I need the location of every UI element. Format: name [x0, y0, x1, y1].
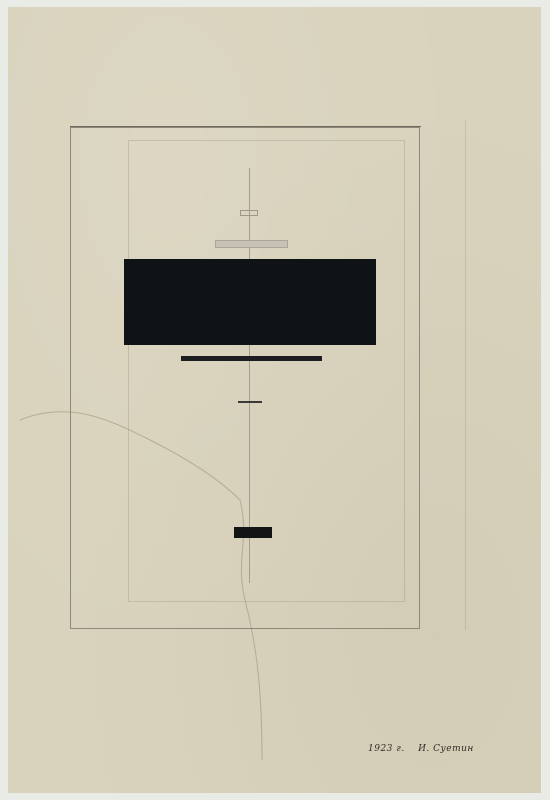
grey-bar	[215, 240, 288, 248]
thin-black-bar	[181, 356, 322, 361]
small-tick	[238, 401, 262, 403]
signature-name: И. Суетин	[418, 744, 474, 754]
vertical-axis-line	[249, 168, 250, 583]
signature: 1923 г. И. Суетин	[368, 744, 484, 754]
small-outline-rectangle	[240, 210, 258, 216]
signature-date: 1923 г.	[368, 744, 405, 754]
paper-crease	[0, 0, 550, 800]
large-black-rectangle	[124, 259, 376, 345]
small-black-block	[234, 527, 272, 538]
